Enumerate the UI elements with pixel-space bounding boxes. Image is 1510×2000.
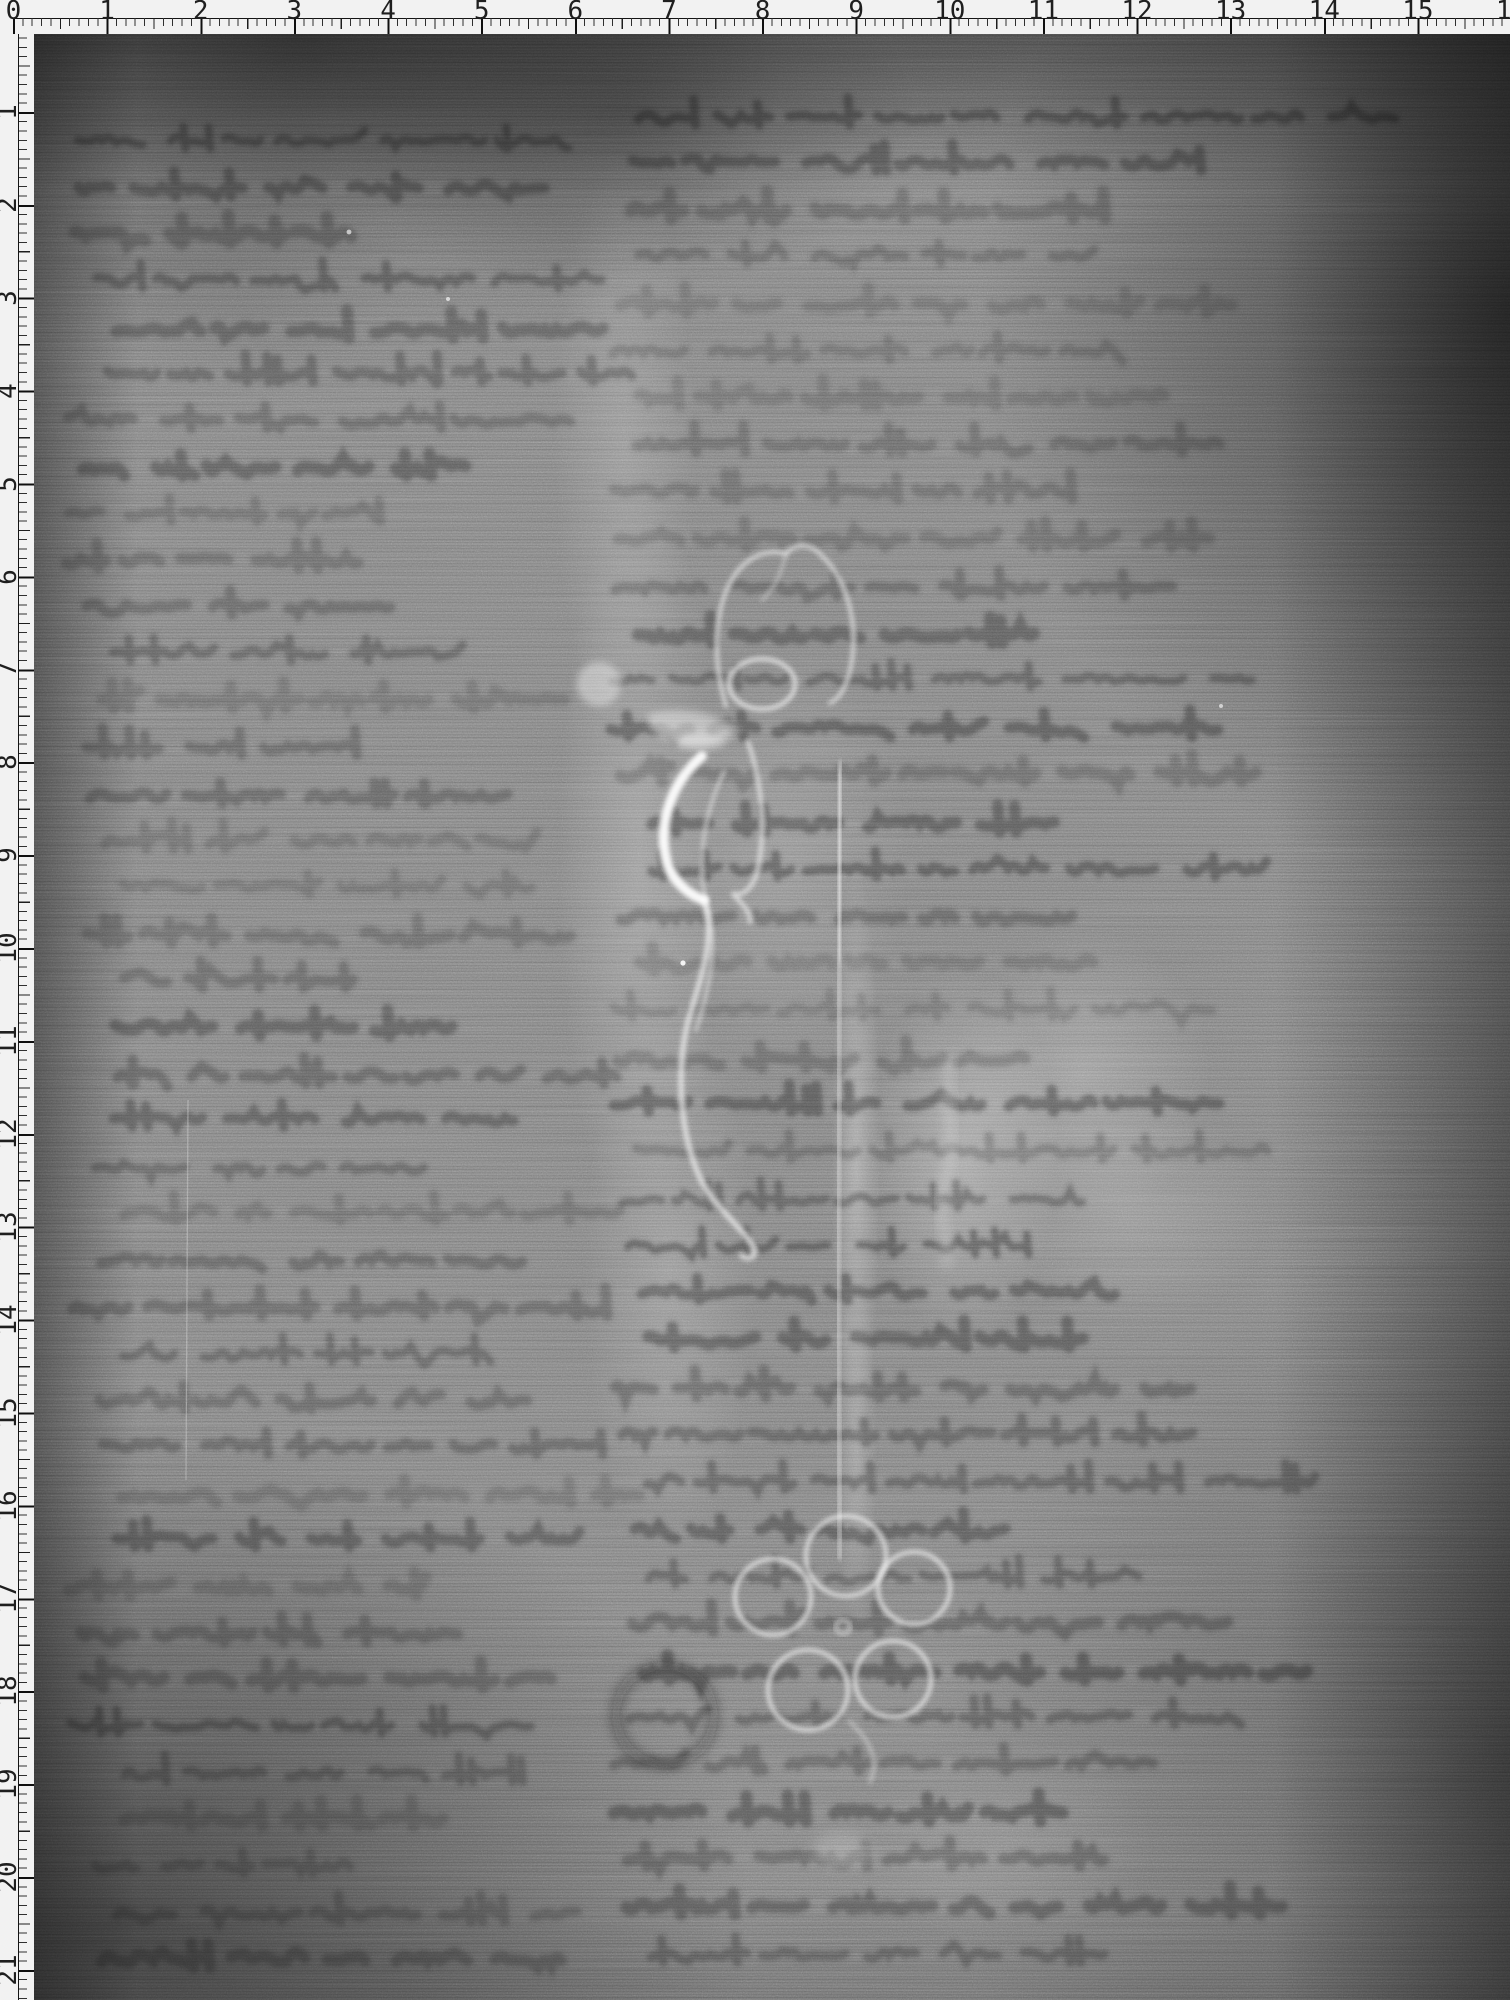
- ruler-top-label: 5: [474, 0, 490, 26]
- ruler-left-label: 16: [0, 1490, 23, 1521]
- ruler-left-label: 12: [0, 1118, 23, 1149]
- ruler-top-label: 3: [287, 0, 303, 26]
- ruler-top-label: 6: [567, 0, 583, 26]
- ruler-top-label: 9: [848, 0, 864, 26]
- ruler-left-label: 3: [0, 290, 23, 306]
- ruler-top-label: 1: [99, 0, 115, 26]
- ruler-top-label: 16: [1496, 0, 1510, 26]
- ruler-left-label: 21: [0, 1954, 23, 1985]
- page-root: 123456789101112131415161718192021 012345…: [0, 0, 1510, 2000]
- ruler-left-label: 18: [0, 1676, 23, 1707]
- ruler-left: 123456789101112131415161718192021: [0, 0, 34, 2000]
- ruler-left-label: 13: [0, 1211, 23, 1242]
- ruler-left-label: 15: [0, 1397, 23, 1428]
- ruler-top-label: 4: [380, 0, 396, 26]
- ruler-left-label: 17: [0, 1583, 23, 1614]
- ruler-left-label: 2: [0, 197, 23, 213]
- ruler-top-label: 13: [1215, 0, 1246, 26]
- manuscript-photo: [34, 34, 1510, 2000]
- ruler-top-label: 0: [6, 0, 22, 26]
- ruler-top-label: 11: [1028, 0, 1059, 26]
- ruler-top-label: 14: [1309, 0, 1340, 26]
- ruler-left-label: 7: [0, 662, 23, 678]
- ruler-left-label: 5: [0, 476, 23, 492]
- ruler-left-label: 4: [0, 383, 23, 399]
- ruler-left-label: 19: [0, 1769, 23, 1800]
- ruler-left-label: 11: [0, 1025, 23, 1056]
- ruler-top-label: 12: [1121, 0, 1152, 26]
- ruler-top-label: 2: [193, 0, 209, 26]
- ruler-left-label: 9: [0, 847, 23, 863]
- ruler-left-label: 14: [0, 1304, 23, 1335]
- ruler-left-label: 10: [0, 932, 23, 963]
- ruler-left-label: 1: [0, 104, 23, 120]
- ruler-left-label: 8: [0, 754, 23, 770]
- ruler-top-label: 8: [755, 0, 771, 26]
- ruler-top-label: 10: [934, 0, 965, 26]
- ruler-top-label: 15: [1402, 0, 1433, 26]
- scan-noise: [34, 34, 1510, 2000]
- ruler-left-label: 20: [0, 1861, 23, 1892]
- ruler-left-label: 6: [0, 569, 23, 585]
- ruler-top: 012345678910111213141516: [0, 0, 1510, 34]
- scan-banding: [34, 34, 1510, 2000]
- ruler-top-label: 7: [661, 0, 677, 26]
